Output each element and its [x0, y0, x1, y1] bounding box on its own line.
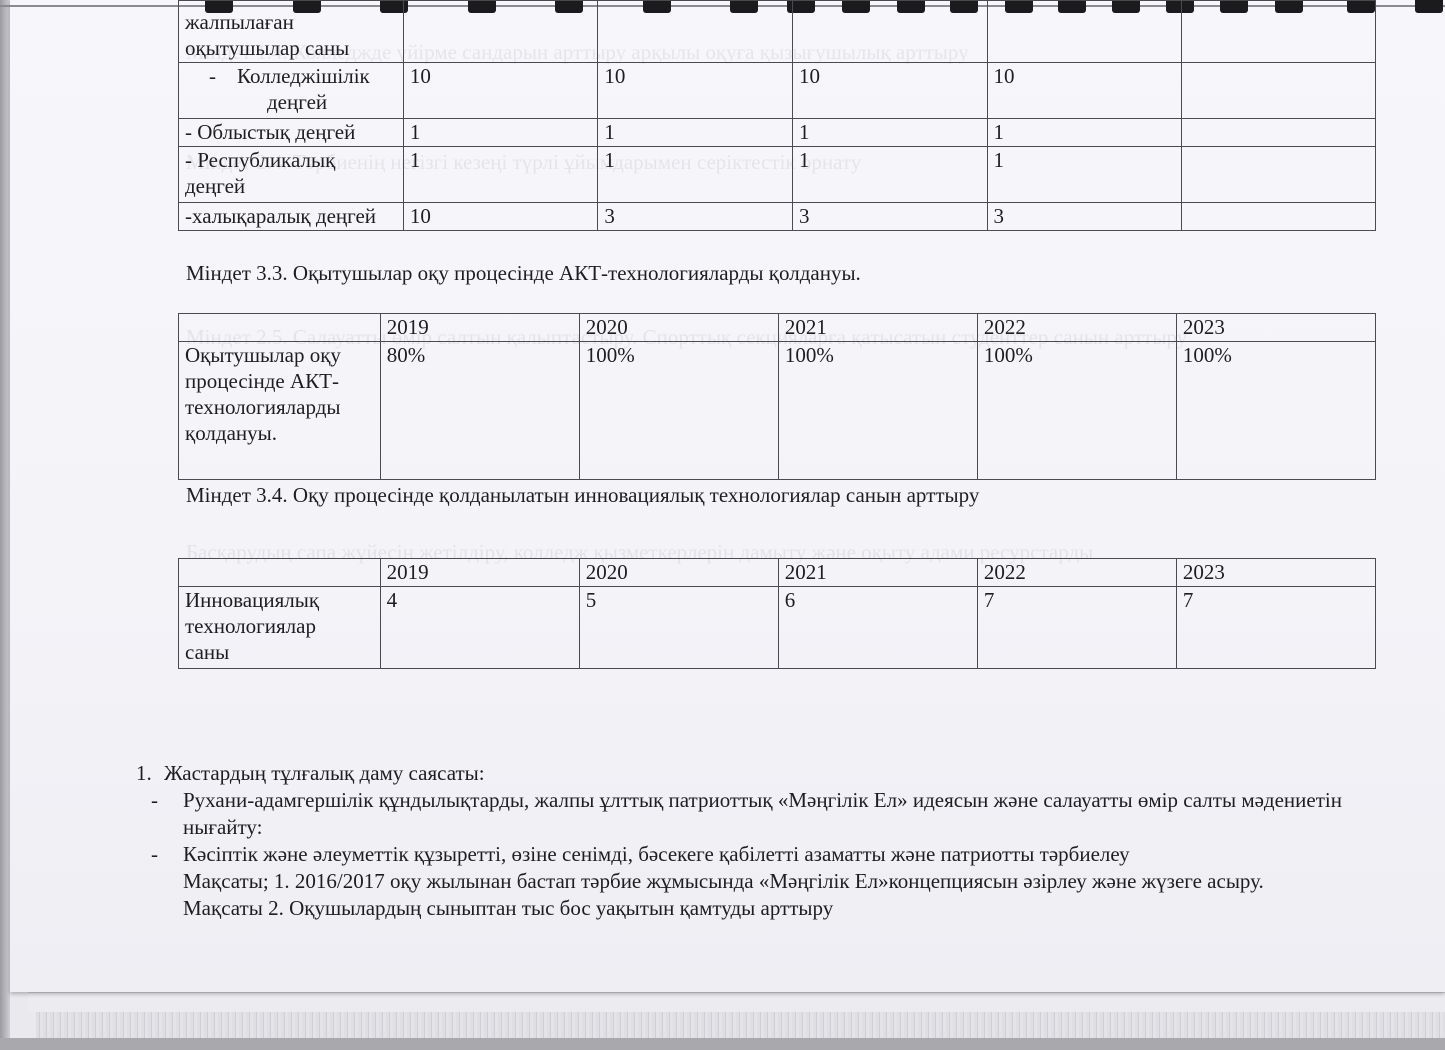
section-heading: 1.Жастардың тұлғалық даму саясаты:	[136, 760, 1366, 787]
goal-paragraph: Мақсаты; 1. 2016/2017 оқу жылынан бастап…	[136, 868, 1366, 895]
innovation-count-table: 2019 2020 2021 2022 2023 Инновациялық те…	[178, 558, 1376, 669]
table-row: -халықаралық деңгей 10 3 3 3	[179, 203, 1376, 231]
table-row: Инновациялық технологиялар саны 4 5 6 7 …	[179, 587, 1376, 669]
list-item: - Рухани-адамгершілік құндылықтарды, жал…	[136, 787, 1366, 841]
row-label: - Облыстық деңгей	[179, 119, 404, 147]
paper-stack-edge	[28, 992, 1445, 1013]
table-row: - Облыстық деңгей 1 1 1 1	[179, 119, 1376, 147]
table-row: - Колледжішілік деңгей 10 10 10 10	[179, 63, 1376, 119]
row-label: жалпылаған оқытушылар саны	[179, 1, 404, 63]
paper-stack-edge	[36, 1012, 1445, 1038]
table-row: Оқытушылар оқу процесінде АКТ- технологи…	[179, 342, 1376, 480]
ict-usage-table: 2019 2020 2021 2022 2023 Оқытушылар оқу …	[178, 313, 1376, 480]
row-label: Оқытушылар оқу процесінде АКТ- технологи…	[179, 342, 381, 480]
table-header-row: 2019 2020 2021 2022 2023	[179, 314, 1376, 342]
task-3-3-caption: Міндет 3.3. Оқытушылар оқу процесінде АК…	[186, 261, 861, 286]
row-label: -халықаралық деңгей	[179, 203, 404, 231]
table-row: - Республикалық деңгей 1 1 1 1	[179, 147, 1376, 203]
goal-paragraph: Мақсаты 2. Оқушылардың сыныптан тыс бос …	[136, 895, 1366, 922]
table-header-row: 2019 2020 2021 2022 2023	[179, 559, 1376, 587]
row-label: - Колледжішілік деңгей	[179, 63, 404, 119]
task-3-4-caption: Міндет 3.4. Оқу процесінде қолданылатын …	[186, 483, 979, 508]
row-label: Инновациялық технологиялар саны	[179, 587, 381, 669]
table-row: жалпылаған оқытушылар саны	[179, 1, 1376, 63]
youth-policy-section: 1.Жастардың тұлғалық даму саясаты: - Рух…	[136, 760, 1366, 922]
row-label: - Республикалық деңгей	[179, 147, 404, 203]
participation-levels-table: жалпылаған оқытушылар саны - Колледжішіл…	[178, 0, 1376, 231]
scan-left-edge	[0, 0, 10, 1050]
list-item: - Кәсіптік және әлеуметтік құзыретті, өз…	[136, 841, 1366, 868]
scanner-bed	[0, 1038, 1445, 1050]
